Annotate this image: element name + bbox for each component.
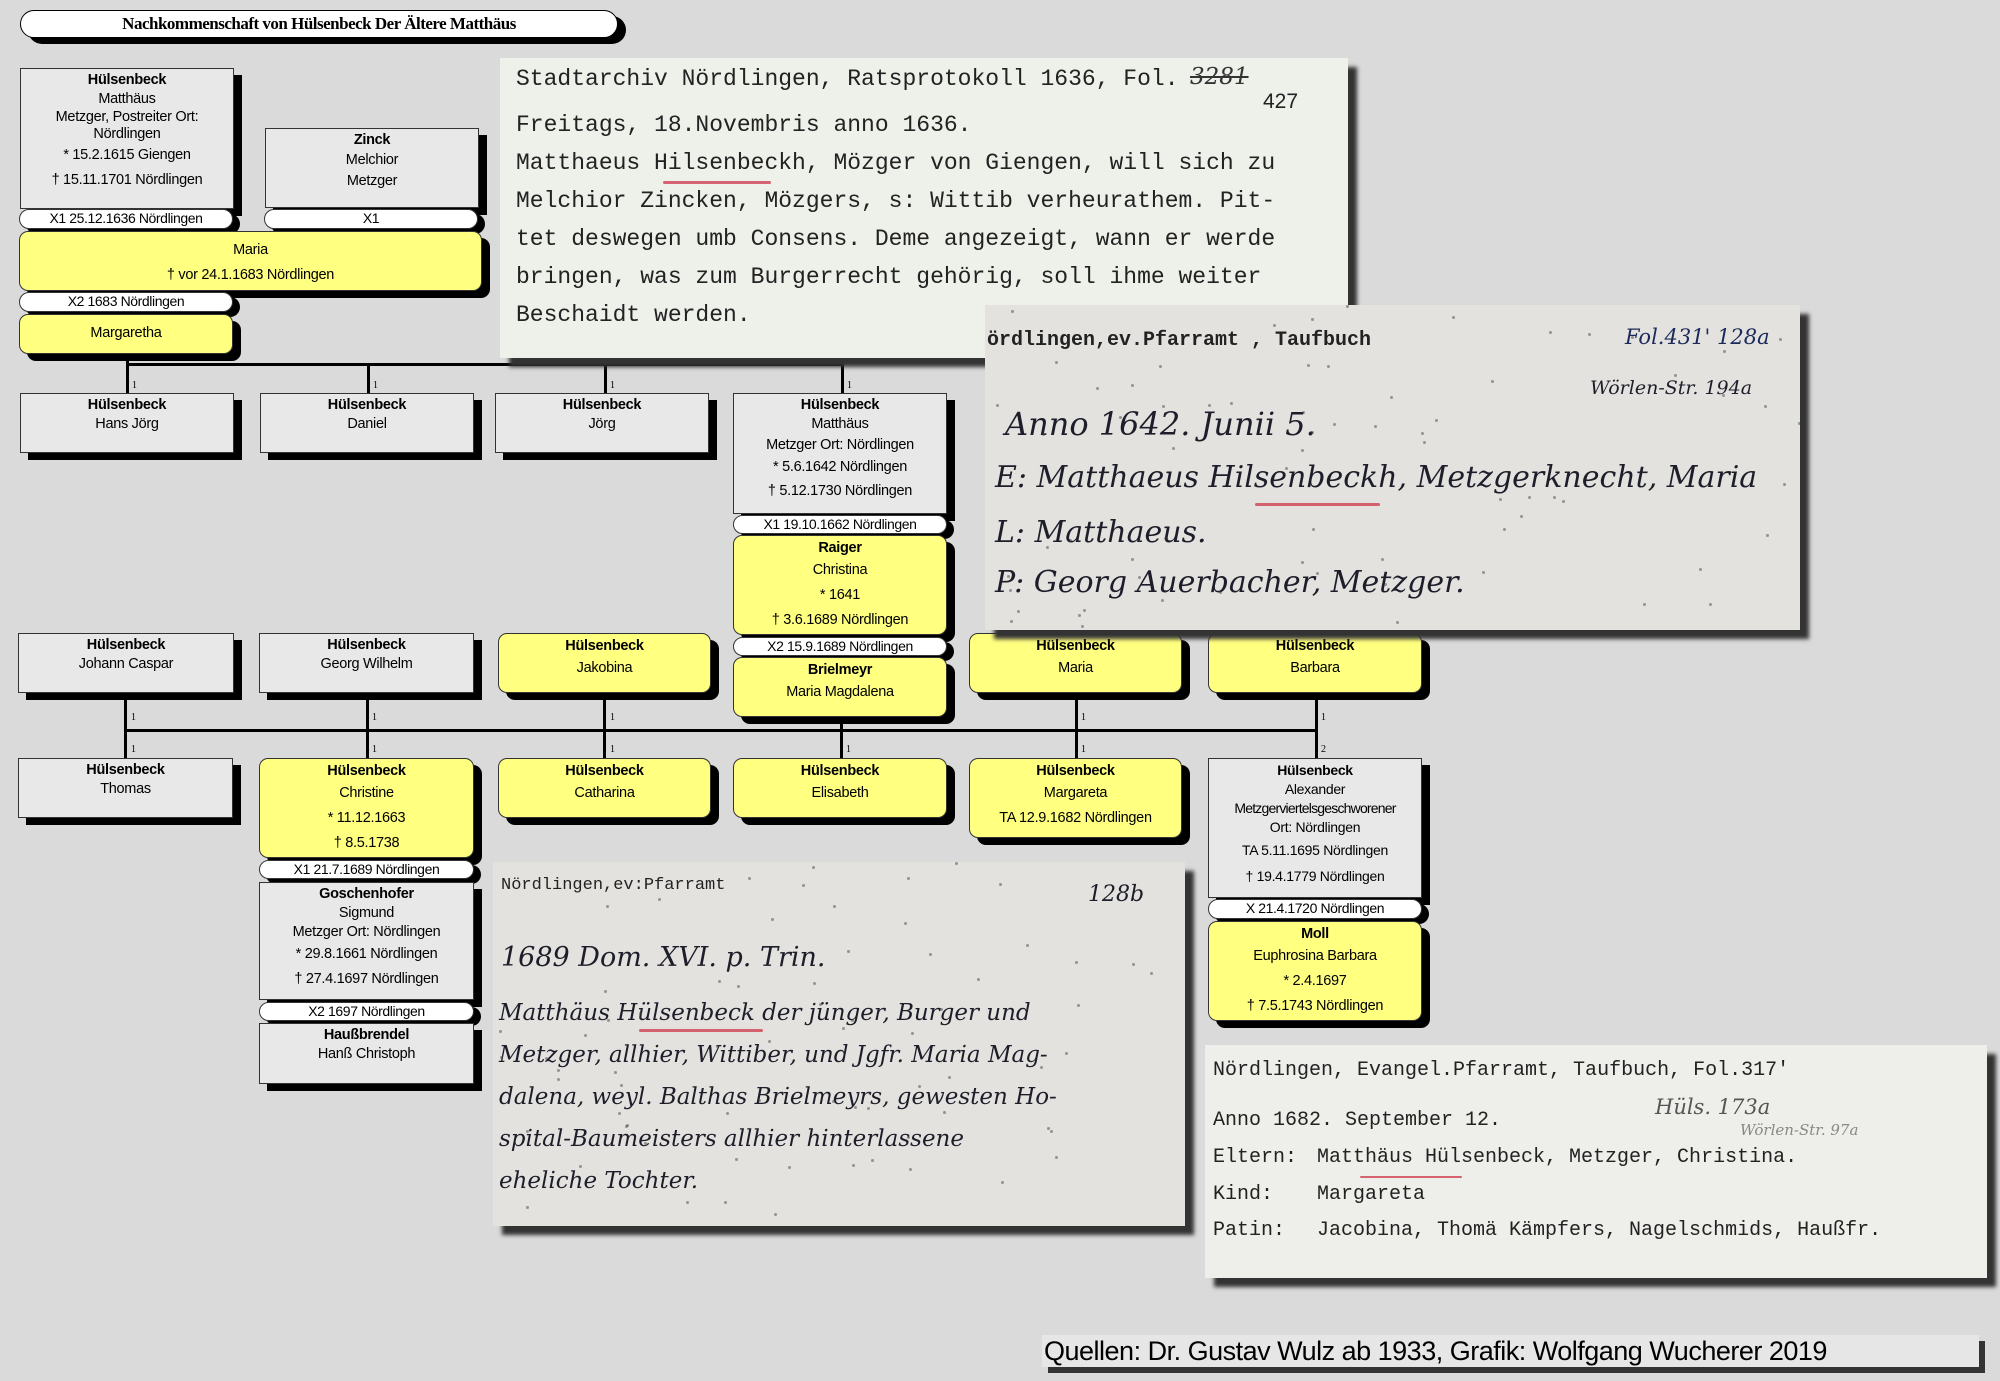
paper-speck (758, 1099, 761, 1102)
person-barbara[interactable]: Hülsenbeck Barbara (1208, 633, 1422, 693)
paper-speck (1009, 589, 1012, 592)
surname: Hülsenbeck (499, 761, 710, 781)
death: † 19.4.1779 Nördlingen (1209, 863, 1421, 889)
given-name: Margaretha (20, 323, 232, 343)
given-name: Hans Jörg (21, 415, 233, 434)
row-value: Jacobina, Thomä Kämpfers, Nagelschmids, … (1317, 1219, 1881, 1242)
child-label: 1 (373, 380, 378, 391)
paper-speck (1159, 365, 1162, 368)
paper-speck (1301, 449, 1304, 452)
paper-speck (1631, 336, 1634, 339)
folio-note: Hüls. 173a (1655, 1095, 1770, 1119)
paper-speck (871, 1159, 874, 1162)
given-name: Sigmund (260, 904, 473, 923)
highlight-underline (1255, 503, 1380, 506)
paper-speck (1055, 1156, 1058, 1159)
paper-speck (918, 1085, 921, 1088)
paper-speck (1302, 411, 1305, 414)
marriage-label: X2 1697 Nördlingen (259, 1002, 474, 1021)
child-label: 1 (610, 712, 615, 723)
paper-speck (812, 866, 815, 869)
paper-speck (1643, 603, 1646, 606)
birth: * 29.8.1661 Nördlingen (260, 942, 473, 966)
paper-speck (955, 862, 958, 865)
paper-speck (1346, 305, 1349, 308)
person-margareta[interactable]: Hülsenbeck Margareta TA 12.9.1682 Nördli… (969, 758, 1182, 838)
paper-speck (1779, 338, 1782, 341)
paper-speck (1764, 405, 1767, 408)
paper-speck (1026, 944, 1029, 947)
paper-speck (1040, 1066, 1043, 1069)
given-name: Johann Caspar (19, 655, 233, 674)
handwritten-line: E: Matthaeus Hilsenbeckh, Metzgerknecht,… (995, 460, 1757, 495)
paper-speck (1010, 620, 1013, 623)
person-daniel[interactable]: Hülsenbeck Daniel (260, 393, 474, 453)
person-christine[interactable]: Hülsenbeck Christine * 11.12.1663 † 8.5.… (259, 758, 474, 858)
paper-speck (1491, 380, 1494, 383)
handwritten-line: eheliche Tochter. (499, 1168, 698, 1194)
paper-speck (618, 1112, 621, 1115)
chart-title: Nachkommenschaft von Hülsenbeck Der Älte… (20, 10, 618, 38)
occupation: Metzger, Postreiter Ort: (21, 109, 233, 126)
surname: Hülsenbeck (260, 636, 473, 655)
paper-speck (584, 1034, 587, 1037)
sources-footer: Quellen: Dr. Gustav Wulz ab 1933, Grafik… (1042, 1335, 1979, 1367)
surname: Hülsenbeck (261, 396, 473, 415)
paper-speck (999, 883, 1002, 886)
paper-speck (1311, 431, 1314, 434)
paper-speck (1161, 599, 1164, 602)
occupation: Metzgerviertelsgeschworener (1209, 799, 1421, 818)
person-joerg[interactable]: Hülsenbeck Jörg (495, 393, 709, 453)
document-taufbuch-1642: ördlingen,ev.Pfarramt , Taufbuch Fol.431… (985, 305, 1800, 630)
paper-speck (1435, 419, 1438, 422)
paper-speck (607, 1019, 610, 1022)
place: Nördlingen (21, 126, 233, 143)
paper-speck (1096, 387, 1099, 390)
paper-speck (1674, 374, 1677, 377)
person-thomas[interactable]: Hülsenbeck Thomas (18, 758, 233, 818)
paper-speck (1065, 1052, 1068, 1055)
paper-speck (1046, 546, 1049, 549)
row-label: Patin: (1213, 1219, 1285, 1242)
paper-speck (842, 1027, 845, 1030)
paper-speck (604, 990, 607, 993)
handwritten-line: Matthäus Hülsenbeck der jünger, Burger u… (499, 1000, 1031, 1026)
surname: Haußbrendel (260, 1026, 473, 1045)
paper-speck (718, 980, 721, 983)
surname: Hülsenbeck (1209, 636, 1421, 656)
paper-speck (658, 898, 661, 901)
person-margaretha-wife[interactable]: Margaretha (19, 314, 233, 354)
paper-speck (909, 1168, 912, 1171)
child-label: 1 (372, 712, 377, 723)
child-label: 1 (846, 744, 851, 755)
paper-speck (1042, 433, 1045, 436)
person-moll[interactable]: Moll Euphrosina Barbara * 2.4.1697 † 7.5… (1208, 921, 1422, 1021)
document-header: Nördlingen, Evangel.Pfarramt, Taufbuch, … (1213, 1059, 1789, 1082)
paper-speck (579, 1165, 582, 1168)
surname: Hülsenbeck (734, 761, 946, 781)
folio-note: Fol.431' 128a (1625, 325, 1770, 349)
handwritten-line: 1689 Dom. XVI. p. Trin. (501, 942, 826, 973)
child-label: 1 (1081, 712, 1086, 723)
paper-speck (526, 1206, 529, 1209)
paper-speck (1307, 364, 1310, 367)
given-name: Maria (20, 238, 481, 263)
paper-speck (1219, 591, 1222, 594)
text-line: bringen, was zum Burgerrecht gehörig, so… (516, 264, 1261, 290)
baptism: TA 5.11.1695 Nördlingen (1209, 837, 1421, 863)
paper-speck (1138, 576, 1141, 579)
connector (126, 354, 129, 393)
paper-speck (557, 1078, 560, 1081)
person-elisabeth[interactable]: Hülsenbeck Elisabeth (733, 758, 947, 818)
paper-speck (1017, 610, 1020, 613)
paper-speck (500, 1056, 503, 1059)
marriage-label: X1 21.7.1689 Nördlingen (259, 860, 474, 879)
surname: Hülsenbeck (734, 396, 946, 415)
paper-speck (499, 1030, 502, 1033)
paper-speck (1766, 534, 1769, 537)
handwritten-line: dalena, weyl. Balthas Brielmeyrs, gewest… (499, 1084, 1057, 1110)
paper-speck (1374, 425, 1377, 428)
connector (840, 717, 843, 758)
person-zinck[interactable]: Zinck Melchior Metzger (265, 128, 479, 208)
person-jakobina[interactable]: Hülsenbeck Jakobina (498, 633, 711, 693)
handwritten-line: P: Georg Auerbacher, Metzger. (995, 565, 1465, 600)
given-name: Maria (970, 656, 1181, 681)
paper-speck (1172, 447, 1175, 450)
document-pfarramt-1689: Nördlingen,ev:Pfarramt 128b 1689 Dom. XV… (493, 862, 1185, 1226)
paper-speck (1722, 394, 1725, 397)
death: † vor 24.1.1683 Nördlingen (20, 263, 481, 288)
marriage-label: X2 1683 Nördlingen (19, 292, 233, 312)
paper-speck (625, 1125, 628, 1128)
paper-speck (1047, 1127, 1050, 1130)
death: † 15.11.1701 Nördlingen (21, 168, 233, 193)
paper-speck (639, 1012, 642, 1015)
paper-speck (1723, 350, 1726, 353)
paper-speck (1081, 625, 1084, 628)
folio-note: 128b (1088, 882, 1144, 907)
given-name: Christine (260, 781, 473, 806)
marriage-label: X1 19.10.1662 Nördlingen (733, 515, 947, 534)
connector (124, 729, 1318, 732)
document-header: Stadtarchiv Nördlingen, Ratsprotokoll 16… (516, 66, 1179, 92)
place: Ort: Nördlingen (1209, 818, 1421, 837)
paper-speck (1783, 483, 1786, 486)
child-label: 1 (1081, 744, 1086, 755)
connector (1315, 693, 1318, 758)
child-label: 1 (610, 744, 615, 755)
paper-speck (1709, 603, 1712, 606)
person-brielmeyr[interactable]: Brielmeyr Maria Magdalena (733, 657, 947, 717)
paper-speck (1230, 402, 1233, 405)
paper-speck (768, 1040, 771, 1043)
given-name: Elisabeth (734, 781, 946, 806)
paper-speck (819, 1003, 822, 1006)
paper-speck (1285, 467, 1288, 470)
paper-speck (1011, 310, 1014, 313)
given-name: Georg Wilhelm (260, 655, 473, 674)
paper-speck (1798, 422, 1800, 425)
connector (1075, 693, 1078, 758)
paper-speck (1327, 365, 1330, 368)
paper-speck (1499, 498, 1502, 501)
folio-number: 427 (1263, 90, 1298, 114)
row-value: Margareta (1317, 1183, 1425, 1206)
paper-speck (724, 1201, 727, 1204)
connector (124, 693, 127, 758)
row-label: Eltern: (1213, 1146, 1297, 1169)
occupation: Metzger Ort: Nördlingen (260, 923, 473, 942)
marriage-label: X 21.4.1720 Nördlingen (1208, 899, 1422, 919)
paper-speck (1077, 1004, 1080, 1007)
birth: * 2.4.1697 (1209, 969, 1421, 994)
paper-speck (852, 1164, 855, 1167)
paper-speck (735, 1158, 738, 1161)
paper-speck (1050, 1130, 1053, 1133)
document-taufbuch-1682: Nördlingen, Evangel.Pfarramt, Taufbuch, … (1205, 1045, 1987, 1278)
marriage-label: X1 25.12.1636 Nördlingen (19, 209, 233, 229)
text-line: Anno 1682. September 12. (1213, 1109, 1501, 1132)
paper-speck (1421, 432, 1424, 435)
paper-speck (904, 922, 907, 925)
paper-speck (1131, 558, 1134, 561)
paper-speck (929, 953, 932, 956)
given-name: Euphrosina Barbara (1209, 944, 1421, 969)
person-haussbrendel[interactable]: Haußbrendel Hanß Christoph (259, 1023, 474, 1084)
paper-speck (1528, 496, 1531, 499)
person-maria[interactable]: Hülsenbeck Maria (969, 633, 1182, 693)
death: † 8.5.1738 (260, 831, 473, 856)
person-catharina[interactable]: Hülsenbeck Catharina (498, 758, 711, 818)
paper-speck (620, 1084, 623, 1087)
given-name: Matthäus (21, 90, 233, 109)
paper-speck (1390, 396, 1393, 399)
person-hans-joerg[interactable]: Hülsenbeck Hans Jörg (20, 393, 234, 453)
paper-speck (867, 1107, 870, 1110)
paper-speck (1007, 575, 1010, 578)
row-value: Matthäus Hülsenbeck, Metzger, Christina. (1317, 1146, 1797, 1169)
person-alexander[interactable]: Hülsenbeck Alexander Metzgerviertelsgesc… (1208, 758, 1422, 898)
handwritten-line: Anno 1642. Junii 5. (1005, 405, 1316, 443)
connector (604, 363, 607, 393)
child-label: 1 (131, 744, 136, 755)
connector (603, 693, 606, 758)
paper-speck (907, 877, 910, 880)
person-raiger-christina[interactable]: Raiger Christina * 1641 † 3.6.1689 Nördl… (733, 535, 947, 635)
person-maria-wife[interactable]: Maria † vor 24.1.1683 Nördlingen (19, 231, 482, 291)
surname: Brielmeyr (734, 660, 946, 680)
person-johann-caspar[interactable]: Hülsenbeck Johann Caspar (18, 633, 234, 693)
paper-speck (774, 1213, 777, 1216)
birth: * 15.2.1615 Giengen (21, 143, 233, 168)
text-line: Freitags, 18.Novembris anno 1636. (516, 112, 971, 138)
paper-speck (1150, 972, 1153, 975)
text-line: tet deswegen umb Consens. Deme angezeigt… (516, 226, 1275, 252)
paper-speck (996, 404, 999, 407)
paper-speck (854, 1106, 857, 1109)
surname: Raiger (734, 538, 946, 558)
person-matthaeus-junior[interactable]: Hülsenbeck Matthäus Metzger Ort: Nördlin… (733, 393, 947, 514)
paper-speck (1699, 568, 1702, 571)
given-name: Thomas (19, 780, 232, 799)
paper-speck (1311, 318, 1314, 321)
paper-speck (1396, 621, 1399, 624)
surname: Hülsenbeck (970, 636, 1181, 656)
paper-speck (907, 1136, 910, 1139)
surname: Hülsenbeck (19, 761, 232, 780)
baptism: TA 12.9.1682 Nördlingen (970, 806, 1181, 831)
given-name: Jörg (496, 415, 708, 434)
paper-speck (737, 985, 740, 988)
paper-speck (1075, 961, 1078, 964)
paper-speck (1119, 416, 1122, 419)
paper-speck (526, 1130, 529, 1133)
death: † 5.12.1730 Nördlingen (734, 478, 946, 504)
occupation: Metzger (266, 171, 478, 192)
child-label: 1 (1321, 712, 1326, 723)
paper-speck (1078, 614, 1081, 617)
paper-speck (1423, 441, 1426, 444)
child-label: 1 (610, 380, 615, 391)
death: † 27.4.1697 Nördlingen (260, 966, 473, 992)
highlight-underline (1360, 1176, 1462, 1178)
paper-speck (1055, 361, 1058, 364)
paper-speck (788, 1166, 791, 1169)
paper-speck (1273, 324, 1276, 327)
paper-speck (748, 877, 751, 880)
paper-speck (1333, 423, 1336, 426)
paper-speck (1162, 405, 1165, 408)
given-name: Matthäus (734, 415, 946, 434)
handwritten-line: Metzger, allhier, Wittiber, und Jgfr. Ma… (499, 1042, 1048, 1068)
paper-speck (1131, 384, 1134, 387)
child-label: 1 (847, 380, 852, 391)
paper-speck (948, 1076, 951, 1079)
given-name: Barbara (1209, 656, 1421, 681)
marriage-label: X1 (264, 209, 478, 229)
surname: Hülsenbeck (970, 761, 1181, 781)
paper-speck (614, 1071, 617, 1074)
person-georg-wilhelm[interactable]: Hülsenbeck Georg Wilhelm (259, 633, 474, 693)
street-note: Wörlen-Str. 97a (1740, 1121, 1858, 1139)
surname: Zinck (266, 131, 478, 150)
given-name: Maria Magdalena (734, 680, 946, 705)
paper-speck (940, 1008, 943, 1011)
paper-speck (1001, 1181, 1004, 1184)
paper-speck (977, 978, 980, 981)
document-header: ördlingen,ev.Pfarramt , Taufbuch (987, 329, 1371, 352)
paper-speck (1520, 515, 1523, 518)
death: † 3.6.1689 Nördlingen (734, 608, 946, 633)
connector (126, 363, 843, 366)
surname: Goschenhofer (260, 885, 473, 904)
given-name: Catharina (499, 781, 710, 806)
given-name: Daniel (261, 415, 473, 434)
paper-speck (911, 1032, 914, 1035)
text-line: Melchior Zincken, Mözgers, s: Wittib ver… (516, 188, 1275, 214)
person-matthaeus-senior[interactable]: Hülsenbeck Matthäus Metzger, Postreiter … (20, 68, 234, 209)
text-line: Matthaeus Hilsenbeckh, Mözger von Gienge… (516, 150, 1275, 176)
paper-speck (1301, 561, 1304, 564)
surname: Hülsenbeck (21, 71, 233, 90)
paper-speck (726, 1112, 729, 1115)
highlight-underline (663, 181, 771, 184)
document-header: Nördlingen,ev:Pfarramt (501, 876, 725, 895)
text-line: Beschaidt werden. (516, 302, 751, 328)
birth: * 11.12.1663 (260, 806, 473, 831)
paper-speck (606, 905, 609, 908)
paper-speck (1549, 331, 1552, 334)
given-name: Margareta (970, 781, 1181, 806)
struck-folio: 3281 (1190, 64, 1249, 90)
paper-speck (1482, 571, 1485, 574)
connector (367, 363, 370, 393)
marriage-label: X2 15.9.1689 Nördlingen (733, 637, 947, 656)
paper-speck (1503, 528, 1506, 531)
surname: Hülsenbeck (21, 396, 233, 415)
handwritten-line: spital-Baumeisters allhier hinterlassene (499, 1126, 964, 1152)
paper-speck (1083, 609, 1086, 612)
connector (841, 363, 844, 393)
given-name: Christina (734, 558, 946, 583)
street-note: Wörlen-Str. 194a (1590, 377, 1752, 399)
paper-speck (644, 1142, 647, 1145)
person-goschenhofer[interactable]: Goschenhofer Sigmund Metzger Ort: Nördli… (259, 882, 474, 1000)
paper-speck (1316, 572, 1319, 575)
paper-speck (771, 918, 774, 921)
connector (366, 693, 369, 758)
surname: Hülsenbeck (19, 636, 233, 655)
child-label: 1 (131, 712, 136, 723)
paper-speck (1588, 333, 1591, 336)
child-label: 1 (372, 744, 377, 755)
paper-speck (545, 1057, 548, 1060)
highlight-underline (639, 1029, 763, 1032)
paper-speck (1312, 528, 1315, 531)
paper-speck (802, 884, 805, 887)
paper-speck (943, 1111, 946, 1114)
paper-speck (1164, 537, 1167, 540)
given-name: Alexander (1209, 780, 1421, 799)
surname: Hülsenbeck (499, 636, 710, 656)
birth: * 1641 (734, 583, 946, 608)
surname: Hülsenbeck (260, 761, 473, 781)
death: † 7.5.1743 Nördlingen (1209, 994, 1421, 1019)
surname: Hülsenbeck (496, 396, 708, 415)
paper-speck (832, 1100, 835, 1103)
paper-speck (1452, 316, 1455, 319)
paper-speck (1208, 404, 1211, 407)
handwritten-line: L: Matthaeus. (995, 515, 1207, 550)
paper-speck (847, 950, 850, 953)
paper-speck (557, 1069, 560, 1072)
surname: Moll (1209, 924, 1421, 944)
surname: Hülsenbeck (1209, 761, 1421, 780)
given-name: Melchior (266, 150, 478, 171)
paper-speck (1562, 500, 1565, 503)
paper-speck (1553, 496, 1556, 499)
paper-speck (851, 1019, 854, 1022)
paper-speck (1381, 558, 1384, 561)
paper-speck (1132, 963, 1135, 966)
paper-speck (1069, 539, 1072, 542)
paper-speck (1384, 583, 1387, 586)
given-name: Jakobina (499, 656, 710, 681)
